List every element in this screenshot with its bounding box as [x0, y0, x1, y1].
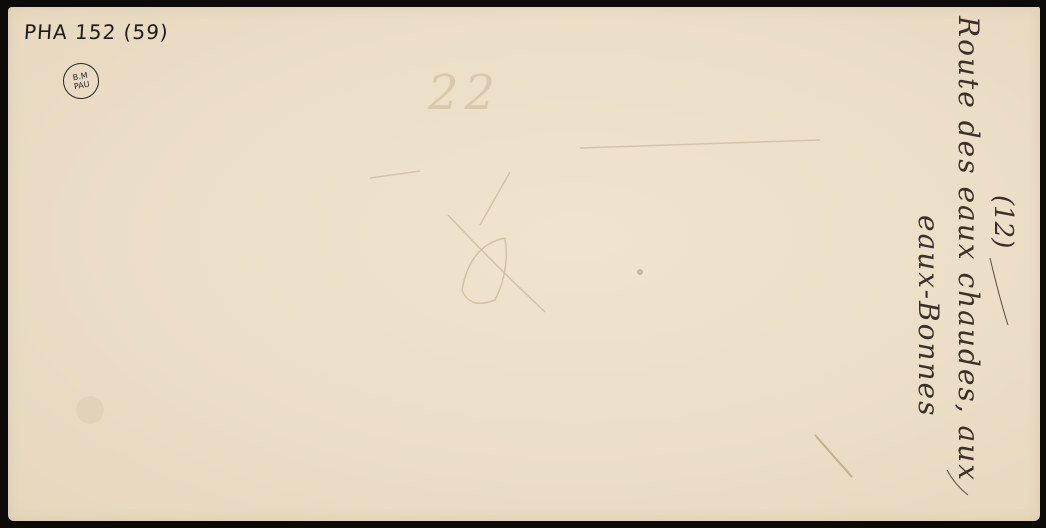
handwritten-caption-line2: eaux-Bonnes: [912, 215, 945, 418]
pencil-marks-drawing: [0, 0, 1046, 528]
handwritten-item-number: (12): [988, 195, 1018, 248]
handwritten-caption-line1: Route des eaux chaudes, aux: [952, 16, 985, 482]
